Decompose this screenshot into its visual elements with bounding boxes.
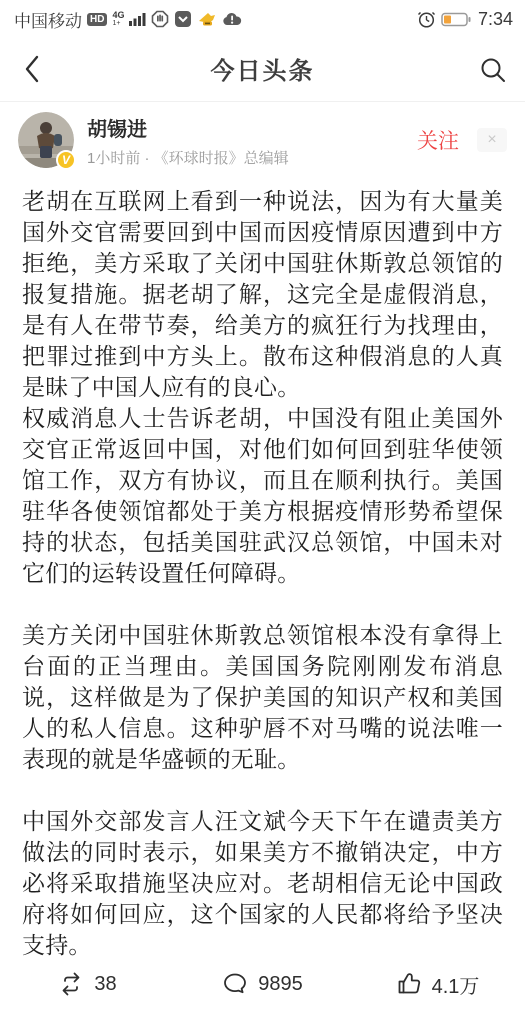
hd-icon: HD [87, 13, 107, 26]
battery-icon [441, 12, 471, 27]
back-button[interactable] [16, 52, 48, 86]
author-meta: 1小时前 · 《环球时报》总编辑 [87, 147, 289, 168]
signal-strength-icon [129, 12, 146, 26]
article-body: 老胡在互联网上看到一种说法，因为有大量美国外交官需要回到中国而因疫情原因遭到中方… [0, 186, 525, 961]
like-button[interactable]: 4.1万 [350, 970, 525, 999]
search-icon [479, 56, 507, 84]
comment-count: 9895 [258, 973, 303, 996]
network-type-label: 4G 1+ [112, 11, 124, 27]
author-row: V 胡锡进 1小时前 · 《环球时报》总编辑 关注 × [0, 102, 525, 174]
repost-button[interactable]: 38 [0, 971, 175, 997]
repost-icon [58, 971, 84, 997]
alarm-icon [417, 10, 436, 29]
search-button[interactable] [477, 54, 509, 86]
chevron-left-icon [24, 55, 40, 83]
promo-app-icon [197, 10, 217, 28]
avatar[interactable]: V [18, 112, 74, 168]
article-paragraph: 权威消息人士告诉老胡，中国没有阻止美国外交官正常返回中国，对他们如何回到驻华使领… [22, 403, 503, 589]
thumbs-up-icon [396, 971, 422, 997]
carrier-label: 中国移动 [14, 7, 82, 32]
status-bar: 中国移动 HD 4G 1+ [0, 0, 525, 36]
cloud-alert-icon [222, 11, 242, 27]
wearable-band-icon [174, 10, 192, 28]
like-count: 4.1万 [432, 970, 480, 999]
comment-icon [222, 971, 248, 997]
page-title: 今日头条 [211, 51, 315, 86]
repost-count: 38 [94, 973, 116, 996]
action-bar: 38 9895 4.1万 [0, 958, 525, 1010]
comment-button[interactable]: 9895 [175, 971, 350, 997]
article-paragraph: 中国外交部发言人汪文斌今天下午在谴责美方做法的同时表示，如果美方不撤销决定，中方… [22, 806, 503, 961]
do-not-disturb-icon [151, 10, 169, 28]
clock-time: 7:34 [478, 9, 513, 30]
header-bar: 今日头条 [0, 36, 525, 102]
close-icon[interactable]: × [477, 128, 507, 152]
author-name[interactable]: 胡锡进 [87, 113, 289, 142]
follow-button[interactable]: 关注 [411, 121, 465, 159]
article-paragraph: 美方关闭中国驻休斯敦总领馆根本没有拿得上台面的正当理由。美国国务院刚刚发布消息说… [22, 620, 503, 775]
verified-badge-icon: V [56, 150, 76, 170]
article-paragraph: 老胡在互联网上看到一种说法，因为有大量美国外交官需要回到中国而因疫情原因遭到中方… [22, 186, 503, 403]
